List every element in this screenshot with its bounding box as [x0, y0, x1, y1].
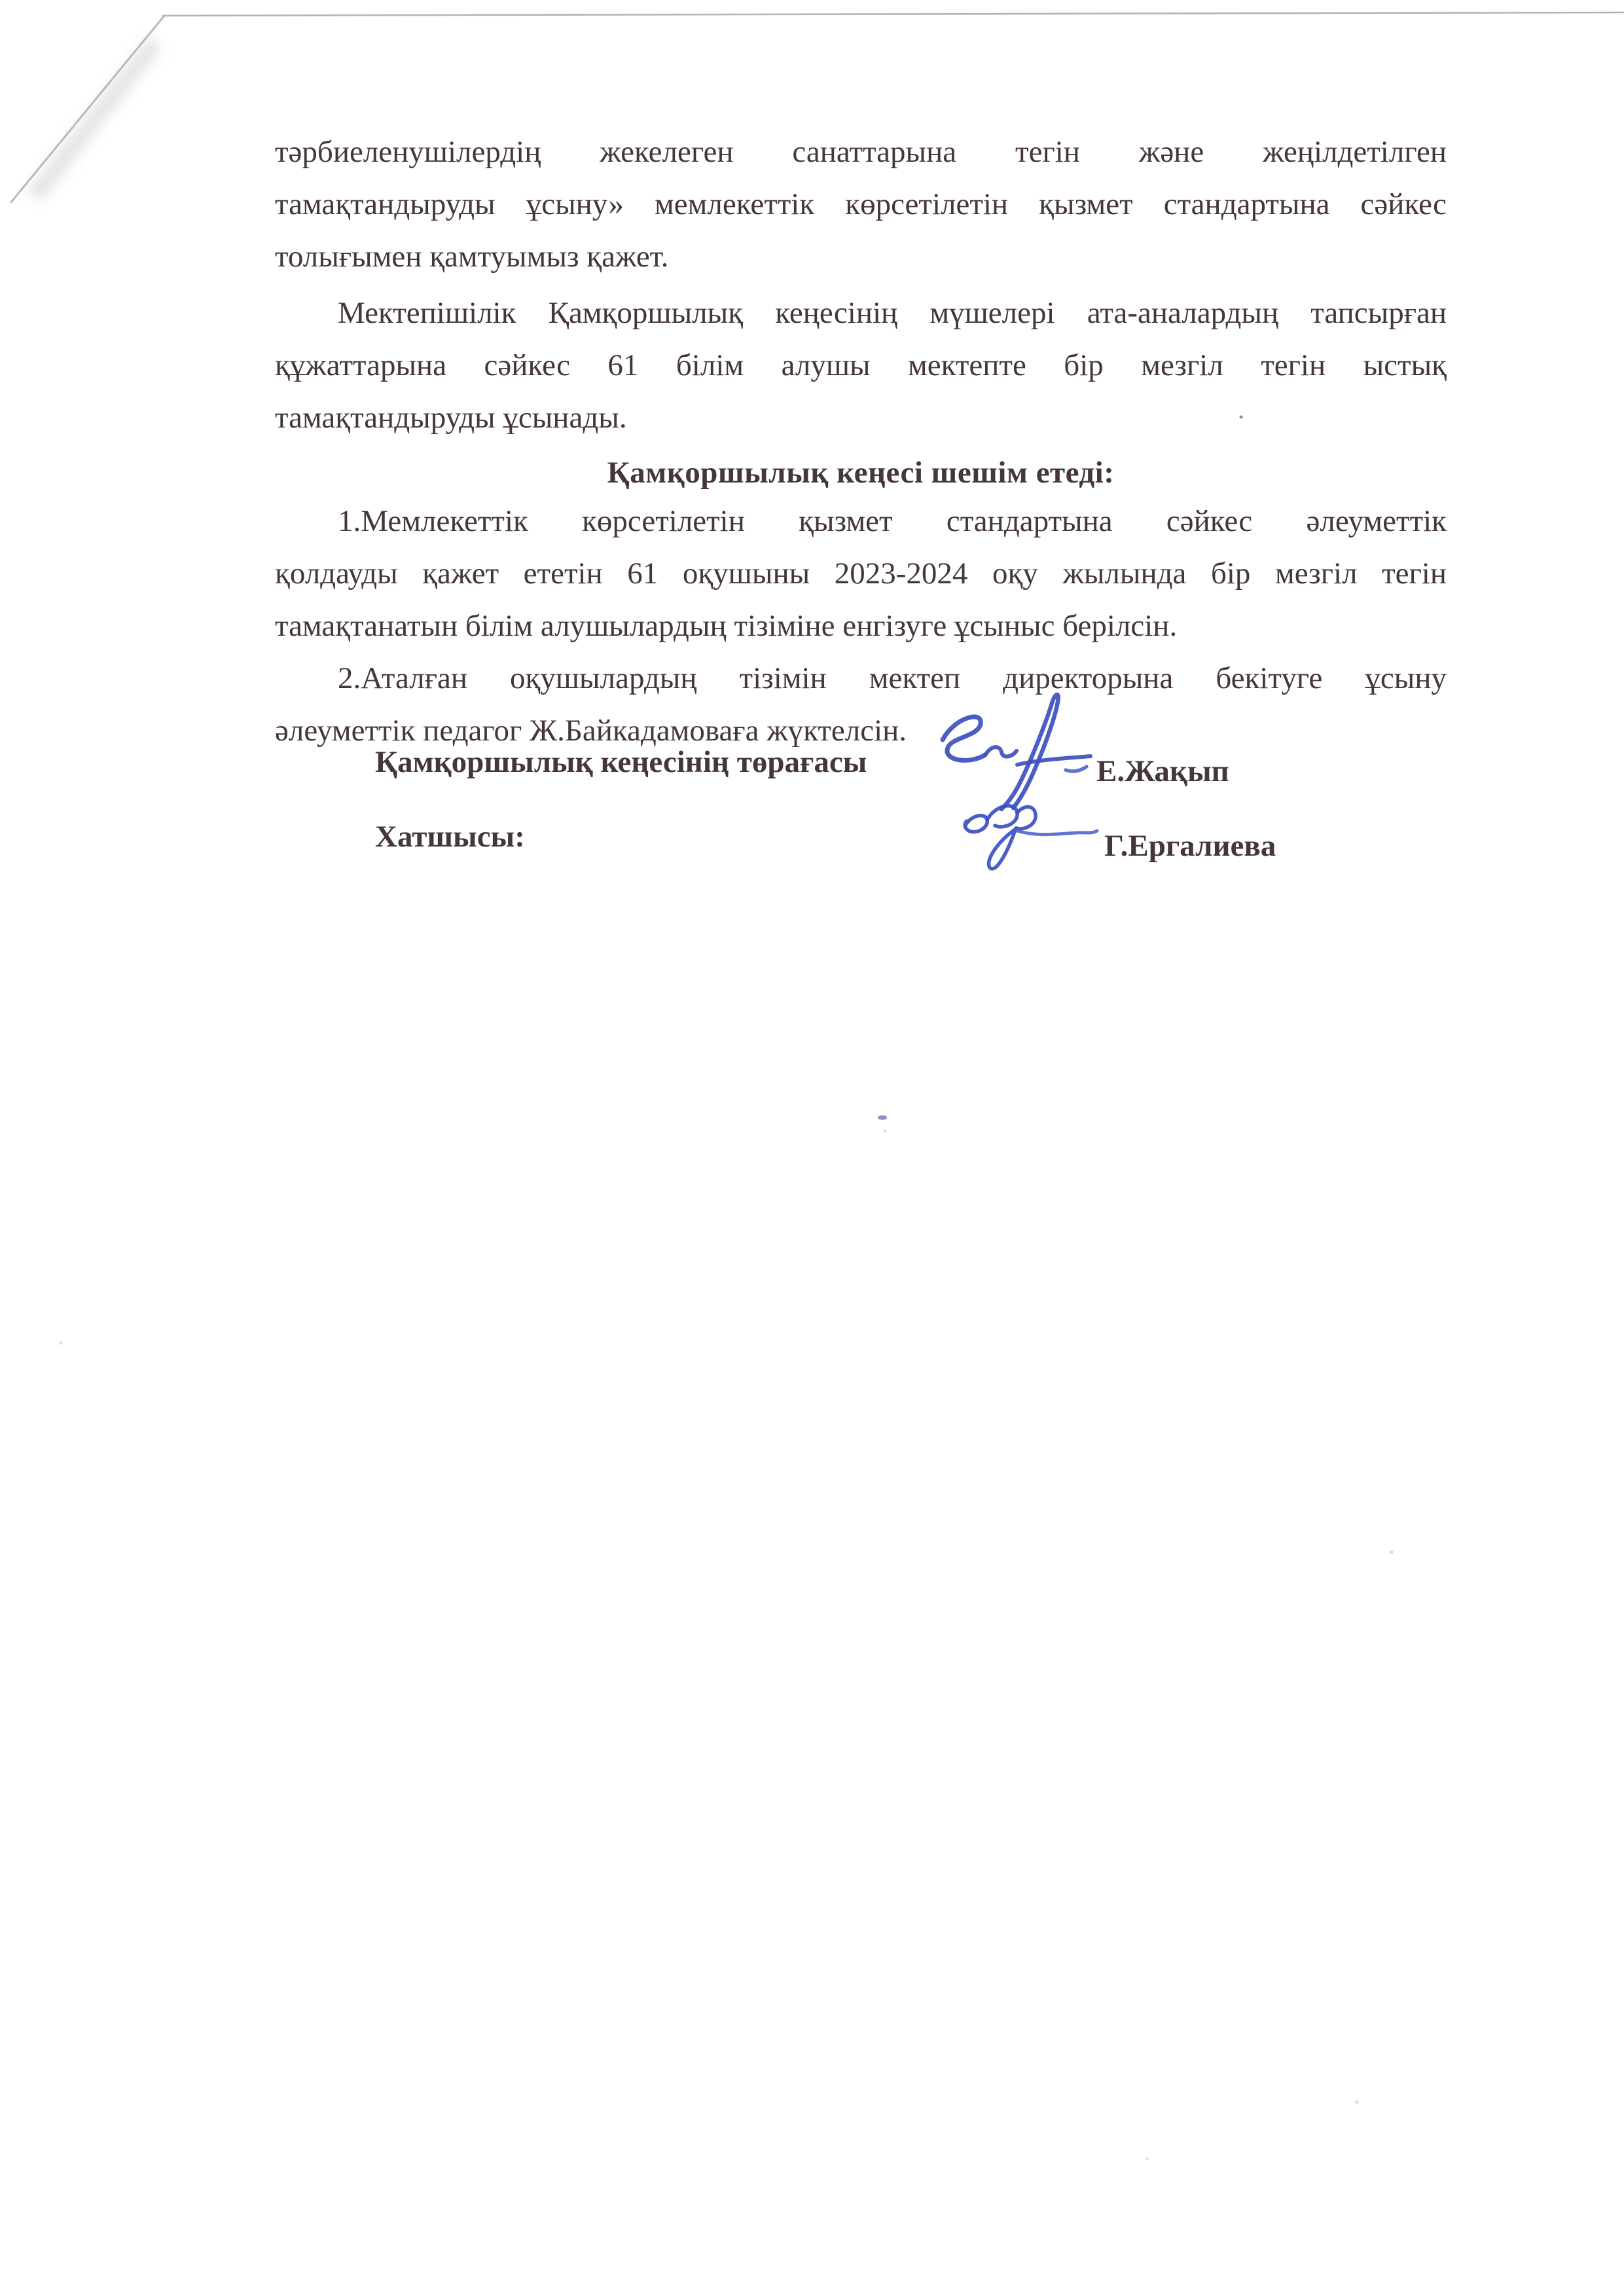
text-line: тамақтандыруды ұсыну» мемлекеттік көрсет… [275, 178, 1447, 230]
text-line: тәрбиеленушілердің жекелеген санаттарына… [275, 126, 1447, 178]
text-line: тамақтандыруды ұсынады. [275, 392, 1447, 444]
chairman-name: Е.Жақып [1096, 745, 1229, 797]
dust-speck [59, 1341, 63, 1345]
text-line: құжаттарына сәйкес 61 білім алушы мектеп… [275, 339, 1447, 392]
corner-fold-shadow [34, 42, 156, 196]
secretary-title-label: Хатшысы: [375, 820, 525, 854]
scanned-page: тәрбиеленушілердің жекелеген санаттарына… [0, 0, 1624, 2296]
text-line: Мектепішілік Қамқоршылық кеңесінің мүшел… [275, 287, 1447, 339]
paragraph-2: Мектепішілік Қамқоршылық кеңесінің мүшел… [275, 287, 1447, 444]
chairman-title-label: Қамқоршылық кеңесінің төрағасы [375, 745, 867, 779]
dust-speck [1355, 2100, 1359, 2104]
page-top-edge-line [162, 12, 1624, 16]
signature-row-chairman: Қамқоршылық кеңесінің төрағасы Е.Жақып [275, 736, 1447, 788]
decision-item-1: 1.Мемлекеттік көрсетілетін қызмет станда… [275, 495, 1447, 652]
text-line: 2.Аталған оқушылардың тізімін мектеп дир… [275, 652, 1447, 704]
text-line: толығымен қамтуымыз қажет. [275, 230, 1447, 283]
secretary-name: Г.Ергалиева [1104, 820, 1276, 872]
signature-row-secretary: Хатшысы: Г.Ергалиева [275, 811, 1447, 863]
dust-speck [1390, 1550, 1394, 1554]
corner-fold-line [10, 16, 164, 203]
decision-heading: Қамқоршылық кеңесі шешім етеді: [275, 446, 1447, 499]
dust-speck [1146, 2157, 1149, 2160]
dust-speck [884, 1130, 886, 1133]
text-line: қолдауды қажет ететін 61 оқушыны 2023-20… [275, 547, 1447, 600]
text-line: 1.Мемлекеттік көрсетілетін қызмет станда… [275, 495, 1447, 547]
text-line: тамақтанатын білім алушылардың тізіміне … [275, 600, 1447, 652]
paragraph-1: тәрбиеленушілердің жекелеген санаттарына… [275, 126, 1447, 283]
ink-speck [878, 1116, 887, 1120]
